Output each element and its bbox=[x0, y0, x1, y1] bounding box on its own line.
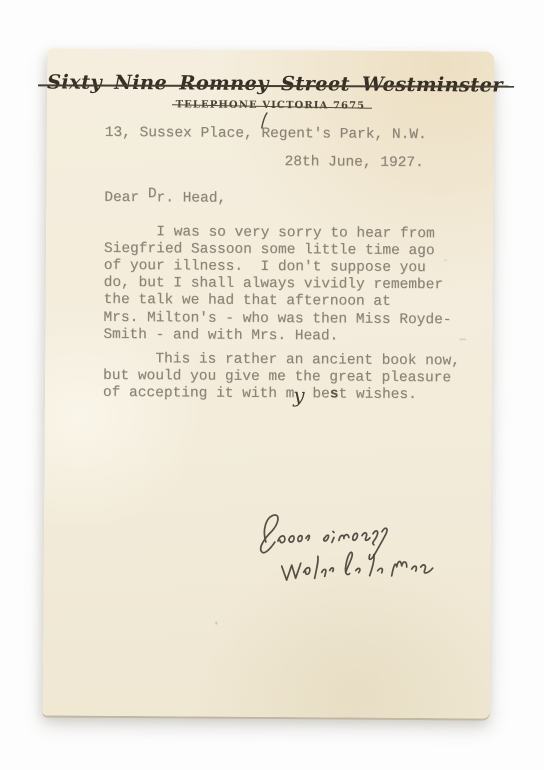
closing-signature-handwriting bbox=[252, 508, 448, 587]
paragraph-2: This is rather an ancient book now, but … bbox=[103, 351, 475, 405]
body-line: Mrs. Milton's - who was then Miss Royde- bbox=[103, 309, 475, 329]
body-text: t wishes. bbox=[338, 387, 416, 404]
letter-date: 28th June, 1927. bbox=[104, 153, 476, 173]
closing-yours-sincerely bbox=[261, 515, 388, 560]
letter-body: 13, Sussex Place, Regent's Park, N.W. 28… bbox=[103, 125, 477, 405]
salutation-raised-letter: D bbox=[148, 187, 157, 203]
letter-paper: Sixty Nine Romney Street Westminster TEL… bbox=[43, 48, 495, 718]
paper-speckle bbox=[444, 259, 447, 261]
body-line: Smith - and with Mrs. Head. bbox=[103, 327, 475, 347]
body-line-with-corrections: of accepting it with my best wishes. bbox=[103, 385, 475, 405]
salutation-text-rest: r. Head, bbox=[156, 191, 226, 207]
sender-address: 13, Sussex Place, Regent's Park, N.W. bbox=[105, 125, 477, 145]
signature-walter-de-la-mare bbox=[282, 552, 433, 581]
paper-speckle bbox=[215, 622, 217, 625]
photo-background: Sixty Nine Romney Street Westminster TEL… bbox=[0, 0, 544, 770]
letterhead-telephone: TELEPHONE VICTORIA 7675 bbox=[176, 99, 366, 111]
body-line: I was so very sorry to hear from bbox=[104, 223, 476, 243]
letterhead-address: Sixty Nine Romney Street Westminster bbox=[47, 70, 503, 96]
paper-speckle bbox=[459, 338, 466, 340]
salutation: Dear Dr. Head, bbox=[104, 190, 476, 210]
body-text: of accepting it with m bbox=[103, 385, 295, 402]
overtyped-letter-s: s bbox=[330, 387, 339, 403]
salutation-text: Dear bbox=[104, 190, 148, 206]
body-text: be bbox=[304, 386, 330, 402]
body-line: the talk we had that afternoon at bbox=[104, 292, 476, 312]
letterhead: Sixty Nine Romney Street Westminster TEL… bbox=[47, 70, 494, 114]
paragraph-1: I was so very sorry to hear from Siegfri… bbox=[103, 223, 476, 346]
